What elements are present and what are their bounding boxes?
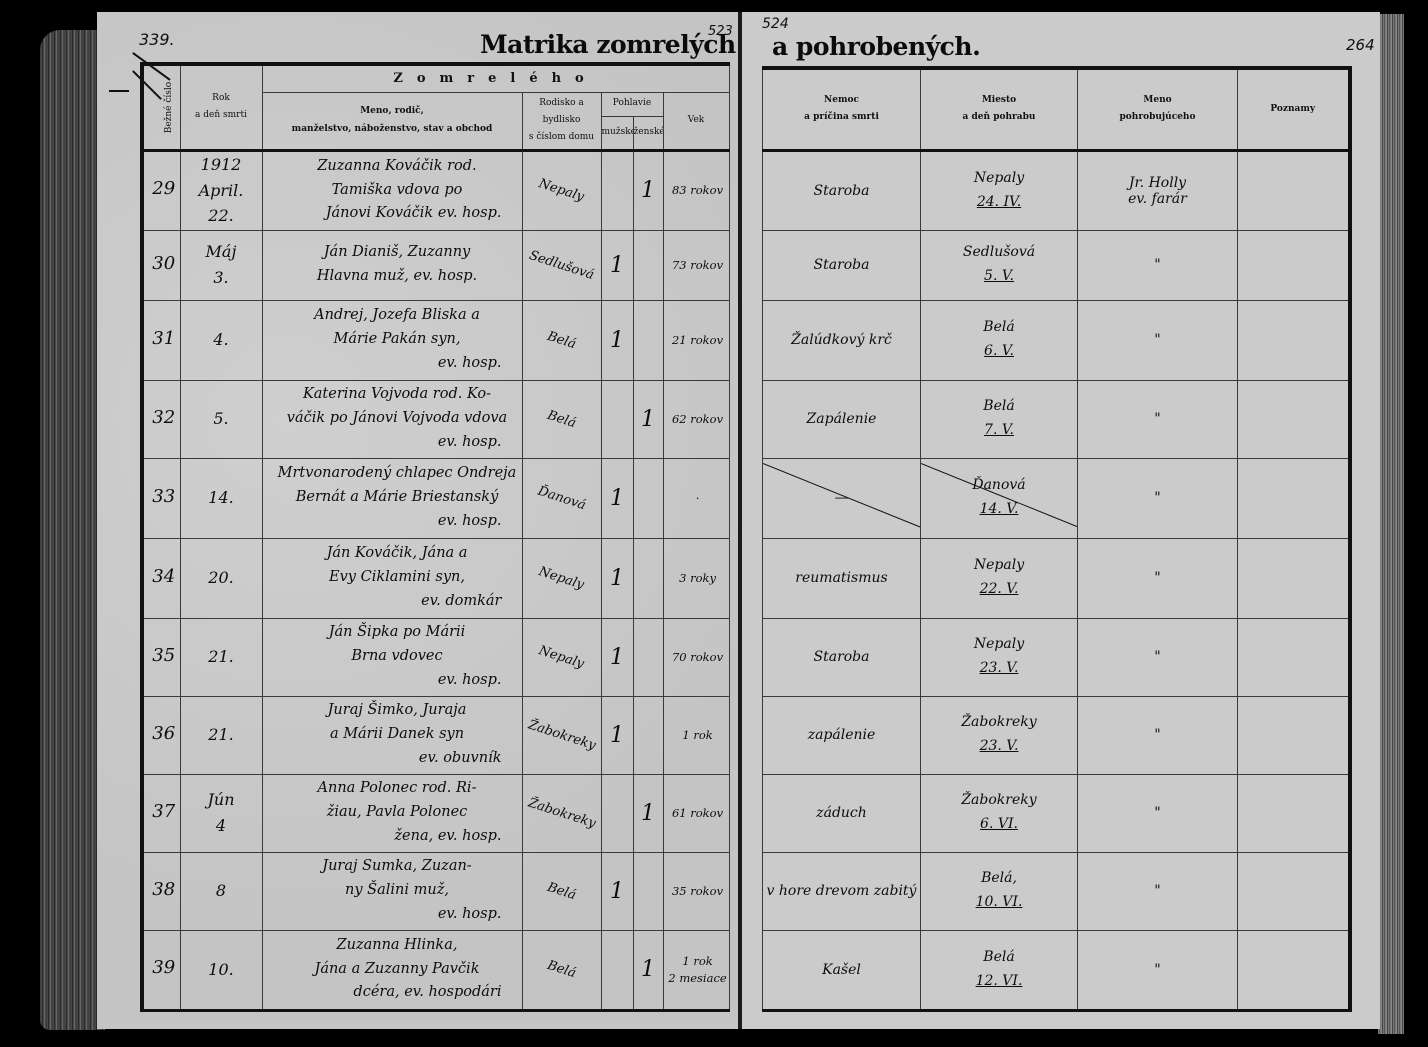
register-row: Kašel Belá12. VI. " <box>763 930 1350 1010</box>
register-row: v hore drevom zabitý Belá,10. VI. " <box>763 852 1350 930</box>
entry-name: Juraj Šimko, Jurajaa Márii Danek synev. … <box>262 696 522 774</box>
entry-female: 1 <box>633 150 663 230</box>
entry-birthplace: Belá <box>522 380 601 458</box>
entry-number: 33 <box>142 458 180 538</box>
entry-date: 21. <box>180 618 262 696</box>
register-row: 37 Jún4 Anna Polonec rod. Ri-žiau, Pavla… <box>142 774 729 852</box>
entry-name: Mrtvonarodený chlapec OndrejaBernát a Má… <box>262 458 522 538</box>
header-female: ženské <box>633 116 663 150</box>
header-year-day: Roka deň smrti <box>180 64 262 150</box>
right-page-title: a pohrobených. <box>772 32 980 61</box>
entry-date: 20. <box>180 538 262 618</box>
entry-female: 1 <box>633 774 663 852</box>
entry-male: 1 <box>601 458 633 538</box>
entry-age: 1 rok <box>663 696 729 774</box>
entry-birthplace: Nepaly <box>522 538 601 618</box>
entry-number: 31 <box>142 300 180 380</box>
book-spine <box>738 12 742 1029</box>
entry-age: 62 rokov <box>663 380 729 458</box>
register-row: Staroba Nepaly24. IV. Jr. Hollyev. farár <box>763 150 1350 230</box>
entry-birthplace: Nepaly <box>522 150 601 230</box>
register-row: Staroba Nepaly23. V. " <box>763 618 1350 696</box>
entry-notes <box>1238 458 1350 538</box>
left-page-number: 339. <box>139 30 175 49</box>
entry-male: 1 <box>601 618 633 696</box>
entry-male <box>601 930 633 1010</box>
entry-officiant: " <box>1078 300 1238 380</box>
register-row: 33 14. Mrtvonarodený chlapec OndrejaBern… <box>142 458 729 538</box>
entry-cause: Zapálenie <box>763 380 921 458</box>
entry-age: 35 rokov <box>663 852 729 930</box>
entry-cause: zapálenie <box>763 696 921 774</box>
entry-notes <box>1238 618 1350 696</box>
entry-female <box>633 618 663 696</box>
entry-burial: Žabokreky6. VI. <box>921 774 1078 852</box>
entry-number: 37 <box>142 774 180 852</box>
book-page-edges-left <box>40 30 105 1030</box>
header-age: Vek <box>663 92 729 150</box>
entry-number: 34 <box>142 538 180 618</box>
entry-officiant: " <box>1078 618 1238 696</box>
entry-number: 30 <box>142 230 180 300</box>
entry-number: 32 <box>142 380 180 458</box>
register-row: 38 8 Juraj Sumka, Zuzan-ny Šalini muž,ev… <box>142 852 729 930</box>
death-register-left-table: Bežné číslo Roka deň smrti Zomrelého Men… <box>140 62 730 1012</box>
entry-date: 21. <box>180 696 262 774</box>
entry-date: 1912April.22. <box>180 150 262 230</box>
entry-male <box>601 774 633 852</box>
entry-burial: Belá6. V. <box>921 300 1078 380</box>
entry-number: 29 <box>142 150 180 230</box>
entry-birthplace: Belá <box>522 930 601 1010</box>
entry-officiant: " <box>1078 930 1238 1010</box>
entry-burial: Ďanová14. V. <box>921 458 1078 538</box>
entry-date: 4. <box>180 300 262 380</box>
entry-age: 70 rokov <box>663 618 729 696</box>
entry-date: 14. <box>180 458 262 538</box>
entry-name: Ján Dianiš, ZuzannyHlavna muž, ev. hosp. <box>262 230 522 300</box>
entry-name: Ján Kováčik, Jána aEvy Ciklamini syn,ev.… <box>262 538 522 618</box>
entry-burial: Belá12. VI. <box>921 930 1078 1010</box>
entry-burial: Nepaly23. V. <box>921 618 1078 696</box>
left-page-title: Matrika zomrelých <box>480 30 736 59</box>
entry-female <box>633 458 663 538</box>
entry-birthplace: Žabokreky <box>522 774 601 852</box>
entry-burial: Žabokreky23. V. <box>921 696 1078 774</box>
entry-male: 1 <box>601 300 633 380</box>
entry-notes <box>1238 380 1350 458</box>
entry-number: 36 <box>142 696 180 774</box>
register-row: záduch Žabokreky6. VI. " <box>763 774 1350 852</box>
entry-name: Juraj Sumka, Zuzan-ny Šalini muž,ev. hos… <box>262 852 522 930</box>
register-row: 35 21. Ján Šipka po MáriiBrna vdovecev. … <box>142 618 729 696</box>
entry-date: 8 <box>180 852 262 930</box>
entry-cause: Staroba <box>763 150 921 230</box>
right-stamp-number: 524 <box>762 16 789 32</box>
book-page-edges-right <box>1378 14 1404 1034</box>
register-row: 39 10. Zuzanna Hlinka,Jána a Zuzanny Pav… <box>142 930 729 1010</box>
entry-cause: záduch <box>763 774 921 852</box>
entry-notes <box>1238 300 1350 380</box>
register-row: 32 5. Katerina Vojvoda rod. Ko-váčik po … <box>142 380 729 458</box>
entry-notes <box>1238 930 1350 1010</box>
register-row: reumatismus Nepaly22. V. " <box>763 538 1350 618</box>
entry-date: 10. <box>180 930 262 1010</box>
entry-birthplace: Sedlušová <box>522 230 601 300</box>
header-officiant: Menopohrobujúceho <box>1078 68 1238 150</box>
register-row: Žalúdkový krč Belá6. V. " <box>763 300 1350 380</box>
entry-age: 3 roky <box>663 538 729 618</box>
header-running-number: Bežné číslo <box>142 64 180 150</box>
entry-date: 5. <box>180 380 262 458</box>
entry-female <box>633 230 663 300</box>
entry-age: 83 rokov <box>663 150 729 230</box>
entry-female <box>633 300 663 380</box>
entry-age: 73 rokov <box>663 230 729 300</box>
entry-cause: Kašel <box>763 930 921 1010</box>
header-birthplace: Rodisko a bydliskos číslom domu <box>522 92 601 150</box>
entry-male <box>601 150 633 230</box>
entry-number: 39 <box>142 930 180 1010</box>
entry-burial: Belá7. V. <box>921 380 1078 458</box>
entry-male: 1 <box>601 696 633 774</box>
entry-female: 1 <box>633 930 663 1010</box>
register-row: 29 1912April.22. Zuzanna Kováčik rod.Tam… <box>142 150 729 230</box>
entry-notes <box>1238 230 1350 300</box>
entry-burial: Nepaly24. IV. <box>921 150 1078 230</box>
entry-name: Anna Polonec rod. Ri-žiau, Pavla Polonec… <box>262 774 522 852</box>
entry-cause: Žalúdkový krč <box>763 300 921 380</box>
header-burial: Miestoa deň pohrabu <box>921 68 1078 150</box>
entry-age: · <box>663 458 729 538</box>
entry-male: 1 <box>601 538 633 618</box>
entry-age: 1 rok2 mesiace <box>663 930 729 1010</box>
entry-female <box>633 696 663 774</box>
header-deceased-banner: Zomrelého <box>262 64 729 92</box>
register-row: zapálenie Žabokreky23. V. " <box>763 696 1350 774</box>
header-name: Meno, rodič,manželstvo, náboženstvo, sta… <box>262 92 522 150</box>
entry-female: 1 <box>633 380 663 458</box>
entry-female <box>633 538 663 618</box>
entry-cause: Staroba <box>763 618 921 696</box>
entry-notes <box>1238 150 1350 230</box>
entry-date: Máj3. <box>180 230 262 300</box>
entry-officiant: " <box>1078 380 1238 458</box>
register-row: 31 4. Andrej, Jozefa Bliska aMárie Pakán… <box>142 300 729 380</box>
entry-male <box>601 380 633 458</box>
entry-number: 38 <box>142 852 180 930</box>
register-row: — Ďanová14. V. " <box>763 458 1350 538</box>
entry-officiant: " <box>1078 230 1238 300</box>
entry-name: Zuzanna Hlinka,Jána a Zuzanny Pavčikdcér… <box>262 930 522 1010</box>
entry-notes <box>1238 538 1350 618</box>
entry-cause: — <box>763 458 921 538</box>
entry-age: 21 rokov <box>663 300 729 380</box>
entry-officiant: " <box>1078 538 1238 618</box>
register-row: 34 20. Ján Kováčik, Jána aEvy Ciklamini … <box>142 538 729 618</box>
entry-burial: Sedlušová5. V. <box>921 230 1078 300</box>
entry-birthplace: Nepaly <box>522 618 601 696</box>
entry-name: Andrej, Jozefa Bliska aMárie Pakán syn,e… <box>262 300 522 380</box>
header-sex: Pohlavie <box>601 92 663 116</box>
entry-male: 1 <box>601 230 633 300</box>
header-male: mužské <box>601 116 633 150</box>
entry-birthplace: Ďanová <box>522 458 601 538</box>
register-row: 30 Máj3. Ján Dianiš, ZuzannyHlavna muž, … <box>142 230 729 300</box>
death-register-right-table: Nemoca príčina smrti Miestoa deň pohrabu… <box>762 66 1352 1012</box>
entry-notes <box>1238 852 1350 930</box>
entry-birthplace: Belá <box>522 852 601 930</box>
entry-notes <box>1238 696 1350 774</box>
register-row: Staroba Sedlušová5. V. " <box>763 230 1350 300</box>
entry-age: 61 rokov <box>663 774 729 852</box>
entry-officiant: " <box>1078 774 1238 852</box>
entry-birthplace: Belá <box>522 300 601 380</box>
register-row: 36 21. Juraj Šimko, Jurajaa Márii Danek … <box>142 696 729 774</box>
entry-cause: v hore drevom zabitý <box>763 852 921 930</box>
entry-officiant: Jr. Hollyev. farár <box>1078 150 1238 230</box>
right-page-number: 264 <box>1346 36 1375 54</box>
margin-pen-stroke <box>109 90 129 92</box>
entry-birthplace: Žabokreky <box>522 696 601 774</box>
entry-female <box>633 852 663 930</box>
entry-number: 35 <box>142 618 180 696</box>
entry-officiant: " <box>1078 458 1238 538</box>
entry-date: Jún4 <box>180 774 262 852</box>
entry-cause: reumatismus <box>763 538 921 618</box>
strike-through-line <box>763 463 921 528</box>
entry-name: Ján Šipka po MáriiBrna vdovecev. hosp. <box>262 618 522 696</box>
entry-name: Katerina Vojvoda rod. Ko-váčik po Jánovi… <box>262 380 522 458</box>
header-notes: Poznamy <box>1238 68 1350 150</box>
entry-burial: Nepaly22. V. <box>921 538 1078 618</box>
header-cause: Nemoca príčina smrti <box>763 68 921 150</box>
entry-officiant: " <box>1078 696 1238 774</box>
left-stamp-number: 523 <box>708 24 733 39</box>
register-row: Zapálenie Belá7. V. " <box>763 380 1350 458</box>
entry-male: 1 <box>601 852 633 930</box>
entry-name: Zuzanna Kováčik rod.Tamiška vdova poJáno… <box>262 150 522 230</box>
entry-notes <box>1238 774 1350 852</box>
entry-cause: Staroba <box>763 230 921 300</box>
entry-burial: Belá,10. VI. <box>921 852 1078 930</box>
entry-officiant: " <box>1078 852 1238 930</box>
